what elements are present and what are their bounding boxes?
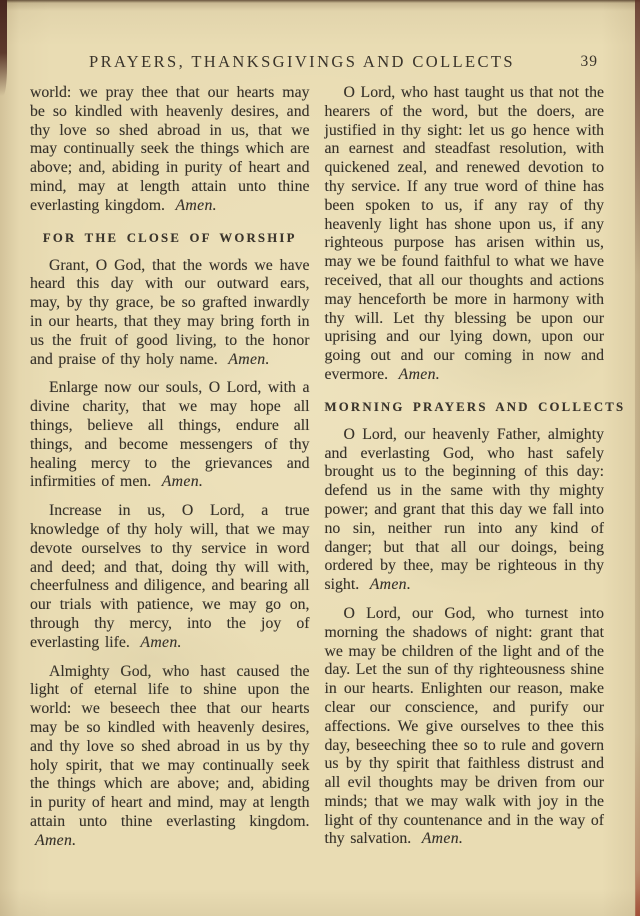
amen-label: Amen.	[228, 351, 269, 368]
prayer-paragraph: Increase in us, O Lord, a true knowledge…	[30, 502, 310, 652]
scan-edge-right	[635, 0, 640, 916]
prayer-paragraph: O Lord, our heavenly Father, almighty an…	[325, 426, 605, 595]
prayer-text: O Lord, our heavenly Father, almighty an…	[325, 426, 605, 593]
amen-label: Amen.	[399, 366, 440, 383]
prayer-paragraph: Enlarge now our souls, O Lord, with a di…	[30, 379, 310, 492]
prayer-text: Almighty God, who hast caused the light …	[30, 663, 310, 830]
prayer-paragraph: Grant, O God, that the words we have hea…	[30, 257, 310, 370]
prayer-paragraph: O Lord, who hast taught us that not the …	[325, 84, 605, 385]
amen-label: Amen.	[370, 576, 411, 593]
amen-label: Amen.	[140, 634, 181, 651]
text-columns: world: we pray thee that our hearts may …	[30, 84, 604, 860]
page-title: PRAYERS, THANKSGIVINGS AND COLLECTS	[89, 52, 515, 72]
prayer-text: O Lord, who hast taught us that not the …	[325, 84, 605, 383]
scan-edge-top	[0, 0, 640, 3]
amen-label: Amen.	[35, 832, 76, 849]
section-heading: FOR THE CLOSE OF WORSHIP	[30, 231, 310, 246]
right-column: O Lord, who hast taught us that not the …	[325, 84, 605, 860]
prayer-paragraph: world: we pray thee that our hearts may …	[30, 84, 310, 216]
prayer-text: Increase in us, O Lord, a true knowledge…	[30, 502, 310, 651]
prayer-text: O Lord, our God, who turnest into mornin…	[325, 605, 605, 848]
section-heading: MORNING PRAYERS AND COLLECTS	[325, 400, 605, 415]
amen-label: Amen.	[175, 197, 216, 214]
amen-label: Amen.	[162, 473, 203, 490]
page-header: PRAYERS, THANKSGIVINGS AND COLLECTS 39	[30, 52, 602, 72]
prayer-paragraph: Almighty God, who hast caused the light …	[30, 663, 310, 851]
prayer-paragraph: O Lord, our God, who turnest into mornin…	[325, 605, 605, 849]
scan-stain-bottom-right	[636, 870, 640, 916]
scan-edge-left	[0, 0, 7, 96]
page-number: 39	[581, 53, 599, 71]
amen-label: Amen.	[422, 830, 463, 847]
left-column: world: we pray thee that our hearts may …	[30, 84, 310, 860]
prayer-text: world: we pray thee that our hearts may …	[30, 84, 310, 214]
book-page: { "page": { "colors": { "paper": "#e9dcb…	[0, 0, 640, 916]
